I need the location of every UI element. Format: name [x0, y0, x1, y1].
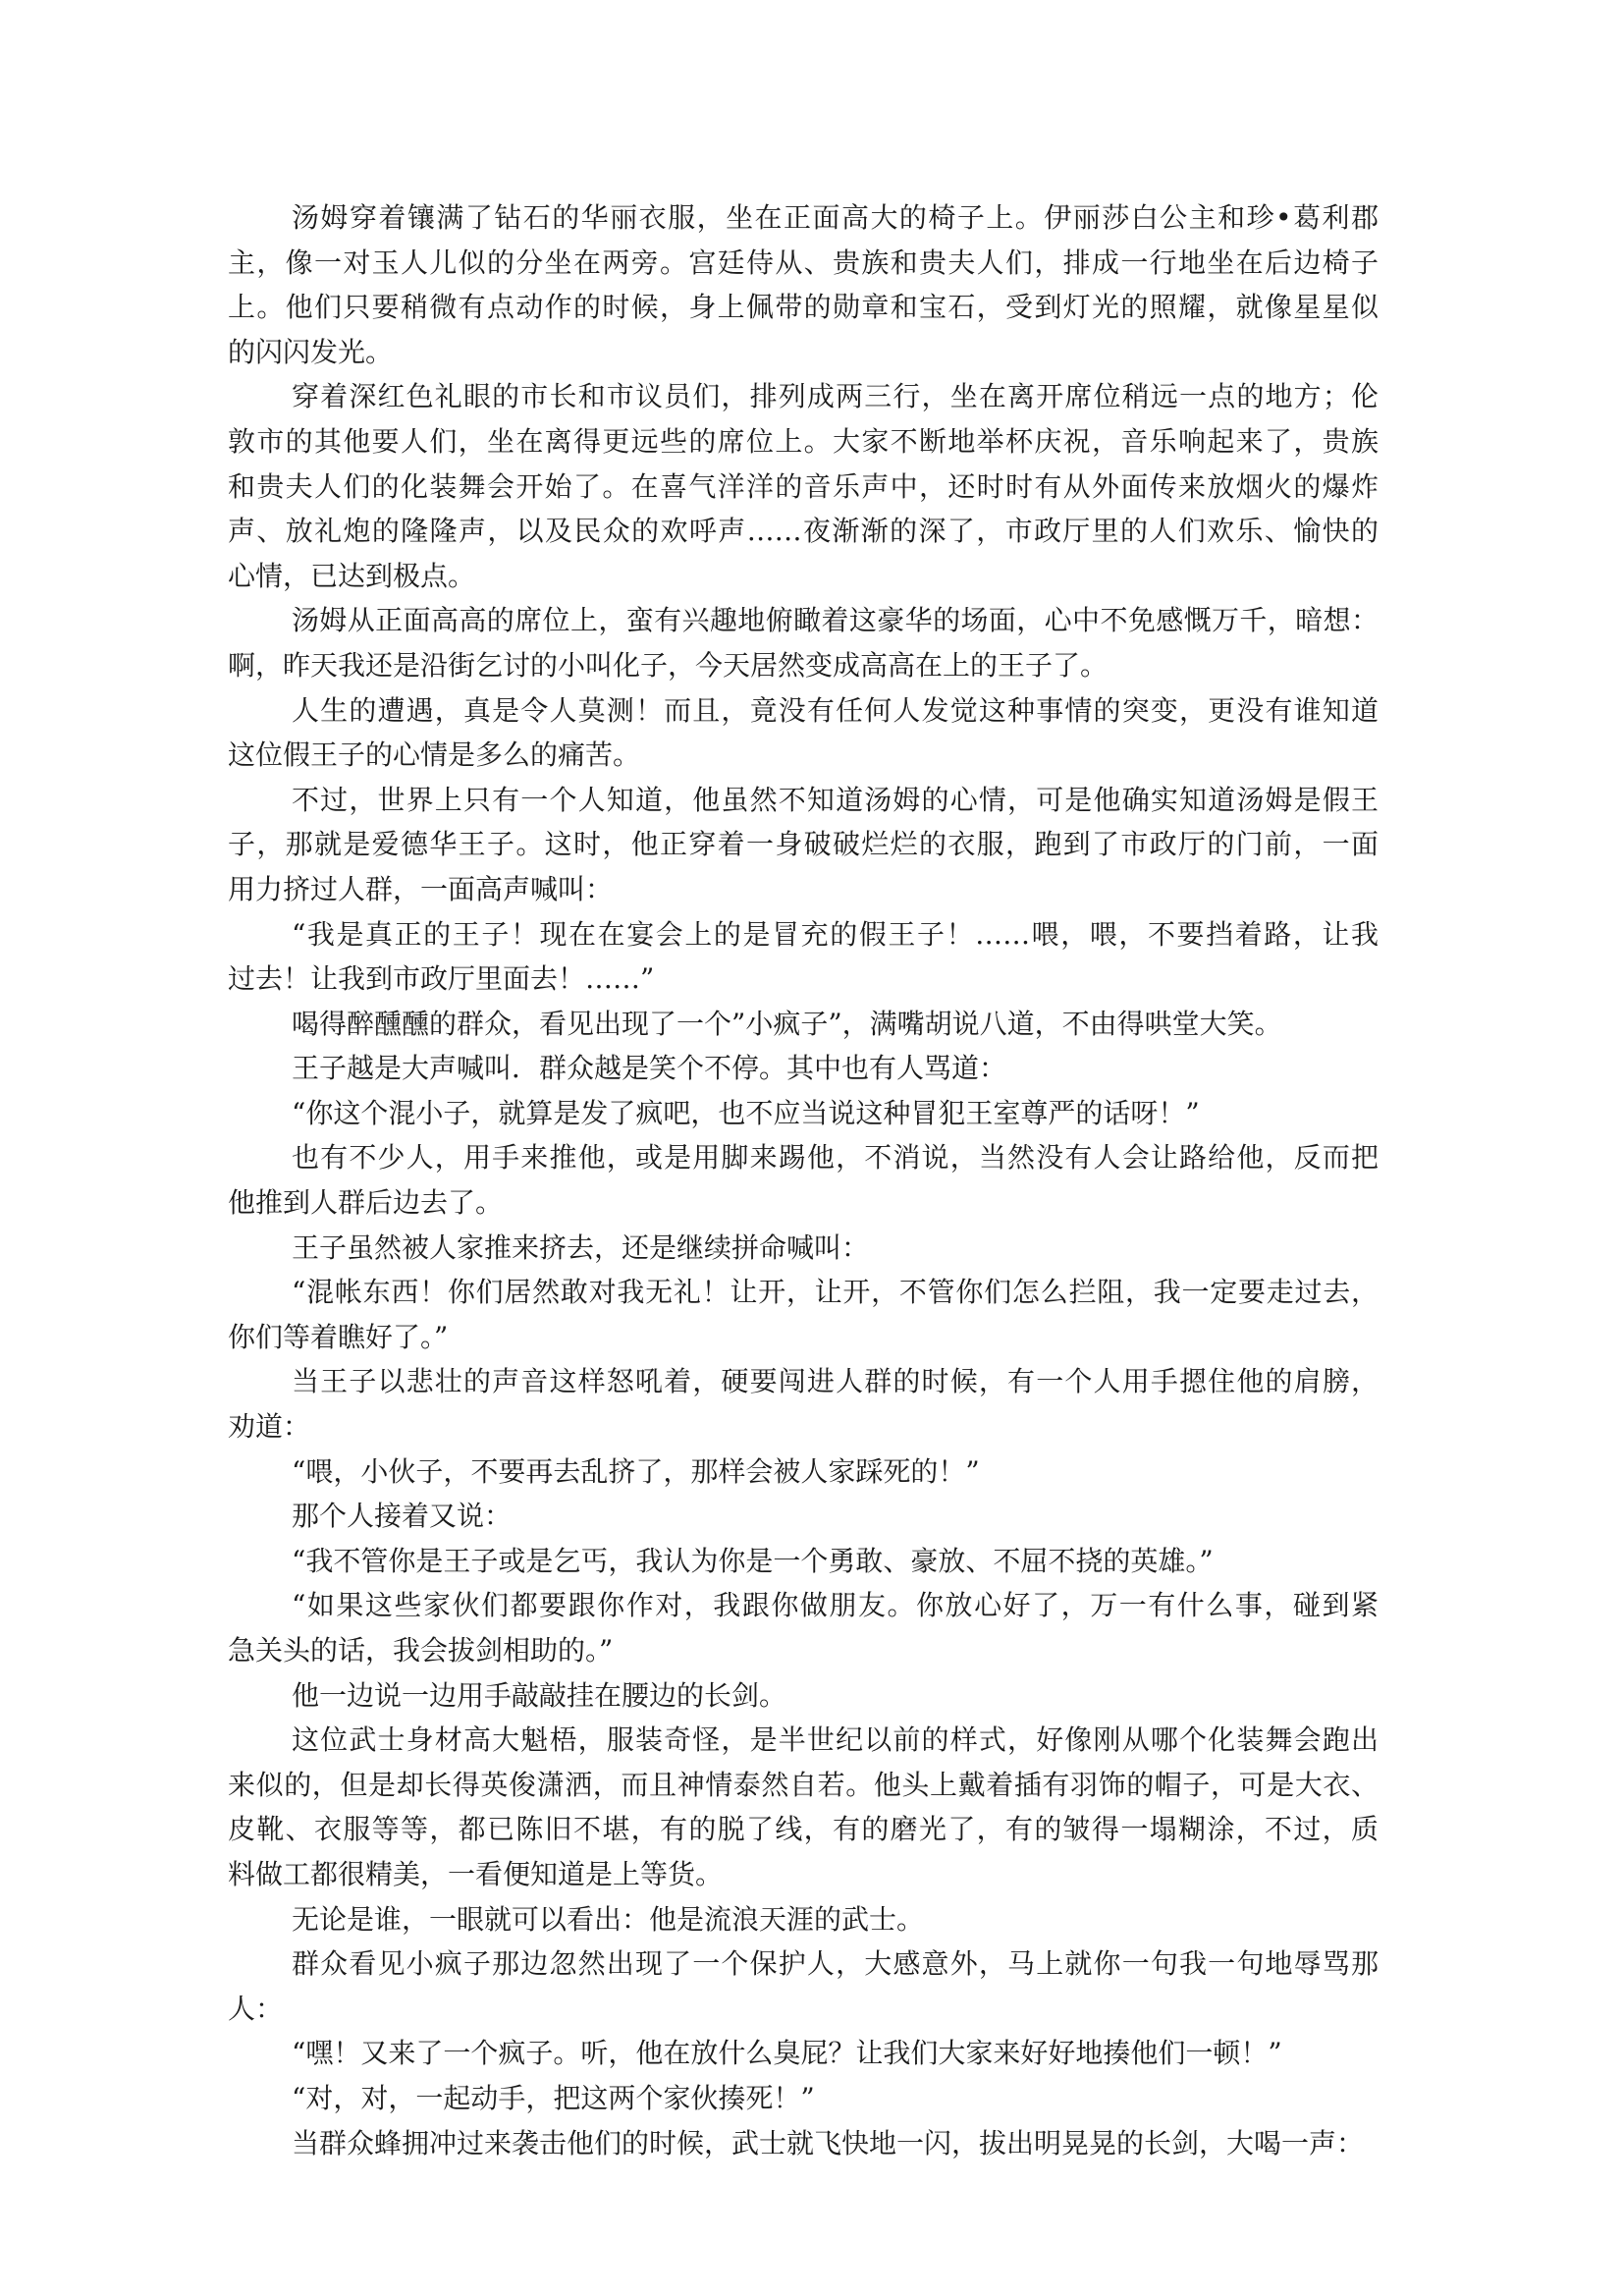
paragraph: “混帐东西！你们居然敢对我无礼！让开，让开，不管你们怎么拦阻，我一定要走过去，你…: [228, 1270, 1379, 1359]
text-line: 当群众蜂拥冲过来袭击他们的时候，武士就飞快地一闪，拔出明晃晃的长剑，大喝一声：: [228, 2121, 1379, 2166]
text-line: 啊，昨天我还是沿街乞讨的小叫化子，今天居然变成高高在上的王子了。: [228, 643, 1379, 688]
text-line: 这位假王子的心情是多么的痛苦。: [228, 733, 1379, 778]
paragraph: 人生的遭遇，真是令人莫测！而且，竟没有任何人发觉这种事情的突变，更没有谁知道这位…: [228, 688, 1379, 778]
text-line: “我是真正的王子！现在在宴会上的是冒充的假王子！……喂，喂，不要挡着路，让我: [228, 912, 1379, 957]
text-line: 用力挤过人群，一面高声喊叫：: [228, 867, 1379, 912]
text-line: 群众看见小疯子那边忽然出现了一个保护人，大感意外，马上就你一句我一句地辱骂那: [228, 1941, 1379, 1987]
text-line: 和贵夫人们的化装舞会开始了。在喜气洋洋的音乐声中，还时时有从外面传来放烟火的爆炸: [228, 465, 1379, 510]
paragraph: 这位武士身材高大魁梧，服装奇怪，是半世纪以前的样式，好像刚从哪个化装舞会跑出来似…: [228, 1718, 1379, 1896]
text-line: 敦市的其他要人们，坐在离得更远些的席位上。大家不断地举杯庆祝，音乐响起来了，贵族: [228, 419, 1379, 465]
text-line: “混帐东西！你们居然敢对我无礼！让开，让开，不管你们怎么拦阻，我一定要走过去，: [228, 1270, 1379, 1315]
text-line: 当王子以悲壮的声音这样怒吼着，硬要闯进人群的时候，有一个人用手摁住他的肩膀，: [228, 1359, 1379, 1404]
text-line: 主，像一对玉人儿似的分坐在两旁。宫廷侍从、贵族和贵夫人们，排成一行地坐在后边椅子: [228, 241, 1379, 286]
paragraph: “如果这些家伙们都要跟你作对，我跟你做朋友。你放心好了，万一有什么事，碰到紧急关…: [228, 1583, 1379, 1672]
paragraph: 也有不少人，用手来推他，或是用脚来踢他，不消说，当然没有人会让路给他，反而把他推…: [228, 1135, 1379, 1225]
text-line: 这位武士身材高大魁梧，服装奇怪，是半世纪以前的样式，好像刚从哪个化装舞会跑出: [228, 1718, 1379, 1763]
paragraph: “你这个混小子，就算是发了疯吧，也不应当说这种冒犯王室尊严的话呀！”: [228, 1091, 1379, 1136]
text-line: 不过，世界上只有一个人知道，他虽然不知道汤姆的心情，可是他确实知道汤姆是假王: [228, 778, 1379, 823]
paragraph: 汤姆从正面高高的席位上，蛮有兴趣地俯瞰着这豪华的场面，心中不免感慨万千，暗想：啊…: [228, 598, 1379, 687]
paragraph: 群众看见小疯子那边忽然出现了一个保护人，大感意外，马上就你一句我一句地辱骂那人：: [228, 1941, 1379, 2031]
document-page: 汤姆穿着镶满了钻石的华丽衣服，坐在正面高大的椅子上。伊丽莎白公主和珍•葛利郡主，…: [228, 195, 1379, 2165]
text-line: 人：: [228, 1987, 1379, 2032]
text-line: “我不管你是王子或是乞丐，我认为你是一个勇敢、豪放、不屈不挠的英雄。”: [228, 1539, 1379, 1584]
text-line: 王子越是大声喊叫．群众越是笑个不停。其中也有人骂道：: [228, 1046, 1379, 1091]
paragraph: “我是真正的王子！现在在宴会上的是冒充的假王子！……喂，喂，不要挡着路，让我过去…: [228, 912, 1379, 1002]
paragraph: 王子虽然被人家推来挤去，还是继续拼命喊叫：: [228, 1226, 1379, 1271]
text-line: 汤姆从正面高高的席位上，蛮有兴趣地俯瞰着这豪华的场面，心中不免感慨万千，暗想：: [228, 598, 1379, 643]
text-line: 劝道：: [228, 1404, 1379, 1449]
text-line: 过去！让我到市政厅里面去！……”: [228, 957, 1379, 1002]
text-line: 那个人接着又说：: [228, 1494, 1379, 1539]
text-line: 心情，已达到极点。: [228, 554, 1379, 599]
text-line: 喝得醉醺醺的群众，看见出现了一个”小疯子”，满嘴胡说八道，不由得哄堂大笑。: [228, 1002, 1379, 1047]
text-line: 无论是谁，一眼就可以看出：他是流浪天涯的武士。: [228, 1897, 1379, 1942]
paragraph: “喂，小伙子，不要再去乱挤了，那样会被人家踩死的！”: [228, 1449, 1379, 1495]
paragraph: 那个人接着又说：: [228, 1494, 1379, 1539]
text-line: 的闪闪发光。: [228, 330, 1379, 375]
text-line: 王子虽然被人家推来挤去，还是继续拼命喊叫：: [228, 1226, 1379, 1271]
text-line: 料做工都很精美，一看便知道是上等货。: [228, 1852, 1379, 1897]
text-line: 他推到人群后边去了。: [228, 1180, 1379, 1226]
text-line: 汤姆穿着镶满了钻石的华丽衣服，坐在正面高大的椅子上。伊丽莎白公主和珍•葛利郡: [228, 195, 1379, 241]
text-line: 来似的，但是却长得英俊潇洒，而且神情泰然自若。他头上戴着插有羽饰的帽子，可是大衣…: [228, 1763, 1379, 1808]
text-line: 上。他们只要稍微有点动作的时候，身上佩带的勋章和宝石，受到灯光的照耀，就像星星似: [228, 285, 1379, 330]
text-line: 人生的遭遇，真是令人莫测！而且，竟没有任何人发觉这种事情的突变，更没有谁知道: [228, 688, 1379, 734]
text-line: 声、放礼炮的隆隆声，以及民众的欢呼声……夜渐渐的深了，市政厅里的人们欢乐、愉快的: [228, 509, 1379, 554]
text-line: 也有不少人，用手来推他，或是用脚来踢他，不消说，当然没有人会让路给他，反而把: [228, 1135, 1379, 1180]
paragraph: 喝得醉醺醺的群众，看见出现了一个”小疯子”，满嘴胡说八道，不由得哄堂大笑。: [228, 1002, 1379, 1047]
paragraph: 不过，世界上只有一个人知道，他虽然不知道汤姆的心情，可是他确实知道汤姆是假王子，…: [228, 778, 1379, 912]
paragraph: 当群众蜂拥冲过来袭击他们的时候，武士就飞快地一闪，拔出明晃晃的长剑，大喝一声：: [228, 2121, 1379, 2166]
text-line: 你们等着瞧好了。”: [228, 1315, 1379, 1360]
text-line: “如果这些家伙们都要跟你作对，我跟你做朋友。你放心好了，万一有什么事，碰到紧: [228, 1583, 1379, 1628]
paragraph: 穿着深红色礼眼的市长和市议员们，排列成两三行，坐在离开席位稍远一点的地方；伦敦市…: [228, 374, 1379, 598]
paragraph: 他一边说一边用手敲敲挂在腰边的长剑。: [228, 1673, 1379, 1719]
text-line: 急关头的话，我会拔剑相助的。”: [228, 1628, 1379, 1673]
paragraph: 王子越是大声喊叫．群众越是笑个不停。其中也有人骂道：: [228, 1046, 1379, 1091]
paragraph: 汤姆穿着镶满了钻石的华丽衣服，坐在正面高大的椅子上。伊丽莎白公主和珍•葛利郡主，…: [228, 195, 1379, 374]
paragraph: “嘿！又来了一个疯子。听，他在放什么臭屁？让我们大家来好好地揍他们一顿！”: [228, 2031, 1379, 2076]
paragraph: “对，对，一起动手，把这两个家伙揍死！”: [228, 2076, 1379, 2121]
paragraph: “我不管你是王子或是乞丐，我认为你是一个勇敢、豪放、不屈不挠的英雄。”: [228, 1539, 1379, 1584]
text-line: “喂，小伙子，不要再去乱挤了，那样会被人家踩死的！”: [228, 1449, 1379, 1495]
text-line: 子，那就是爱德华王子。这时，他正穿着一身破破烂烂的衣服，跑到了市政厅的门前，一面: [228, 822, 1379, 867]
paragraph: 无论是谁，一眼就可以看出：他是流浪天涯的武士。: [228, 1897, 1379, 1942]
text-line: “你这个混小子，就算是发了疯吧，也不应当说这种冒犯王室尊严的话呀！”: [228, 1091, 1379, 1136]
text-line: 皮靴、衣服等等，都已陈旧不堪，有的脱了线，有的磨光了，有的皱得一塌糊涂，不过，质: [228, 1807, 1379, 1852]
text-line: 穿着深红色礼眼的市长和市议员们，排列成两三行，坐在离开席位稍远一点的地方；伦: [228, 374, 1379, 419]
paragraph: 当王子以悲壮的声音这样怒吼着，硬要闯进人群的时候，有一个人用手摁住他的肩膀，劝道…: [228, 1359, 1379, 1449]
text-line: 他一边说一边用手敲敲挂在腰边的长剑。: [228, 1673, 1379, 1719]
text-line: “对，对，一起动手，把这两个家伙揍死！”: [228, 2076, 1379, 2121]
text-line: “嘿！又来了一个疯子。听，他在放什么臭屁？让我们大家来好好地揍他们一顿！”: [228, 2031, 1379, 2076]
